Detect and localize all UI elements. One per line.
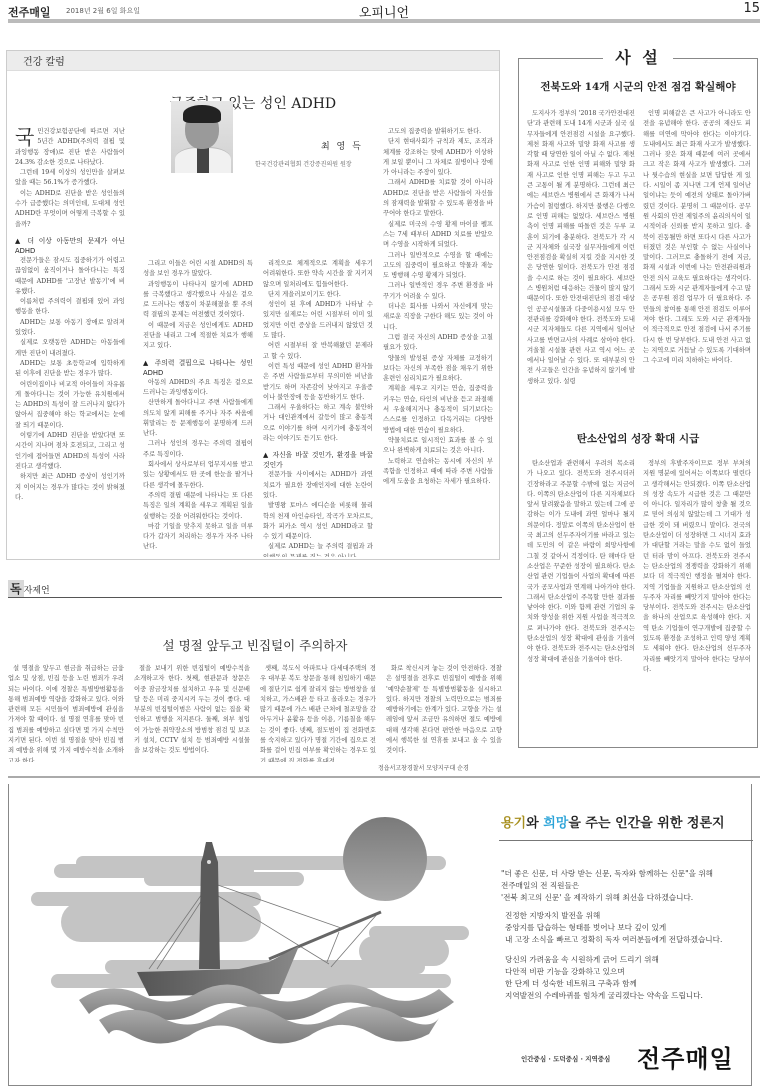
paragraph: 성인이 된 후에 ADHD가 나타날 수 있지만 실제로는 어린 시절부터 이미… (263, 300, 373, 341)
author-photo (171, 101, 233, 173)
lighthouse-ship-illustration (9, 784, 499, 1086)
paragraph: 리적으로 체계적으로 계획을 세우기 어려워한다. 또한 약속 시간을 잘 지키… (263, 259, 373, 290)
editorial-1-col-1: 도지사가 정부의 '2018 국가안전대진단'과 관련해 도내 14개 시군과 … (527, 109, 635, 403)
paragraph: 과잉행동이 나타나지 않기에 ADHD를 극복했다고 생각했으나 사실은 겉으로… (143, 280, 253, 321)
page-number: 15 (743, 1, 760, 16)
paragraph: 그리고 이들은 어린 시절 ADHD의 특성을 보인 경우가 많았다. (143, 259, 253, 280)
paragraph: ADHD는 보통 아동기 장애로 알려져 있었다. (15, 318, 125, 339)
health-column-title: 급증하고 있는 성인 ADHD (7, 93, 499, 113)
subheading: ▲ 자신을 바꿀 것인가, 환경을 바꿀 것인가 (263, 450, 373, 470)
paragraph: 그러나 일반적인 경우 주변 환경을 바꾸기가 어려울 수 있다. (383, 281, 493, 302)
paragraph: 하지만 최근 ADHD 증상이 성인기까지 이어지는 경우가 많다는 것이 밝혀… (15, 472, 125, 503)
paragraph: 이는 ADHD로 진단을 받은 성인들의 수가 급증했다는 의미인데, 도대체 … (15, 189, 125, 230)
paragraph: 단지 게을러보이기도 한다. (263, 290, 373, 300)
health-column-label: 건강 칼럼 (7, 51, 499, 71)
editorial-2-col-1: 탄소산업과 관련해서 우려의 목소리가 나오고 있다. 전북도와 전주시더러 긴… (527, 459, 635, 743)
section-divider (8, 776, 760, 778)
paragraph: 약물치료로 일시적인 효과를 볼 수 있으나 완벽하게 치료되는 것은 아니다. (383, 436, 493, 457)
health-col-3: 리적으로 체계적으로 계획을 세우기 어려워한다. 또한 약속 시간을 잘 지키… (263, 259, 373, 557)
ad-slogan: 용기와 희망을 주는 인간을 위한 정론지 (501, 812, 725, 831)
subheading: ▲ 더 이상 아동만의 문제가 아닌 ADHD (15, 236, 125, 256)
paragraph: 이 때문에 지금은 성인에게도 ADHD 진단을 내리고 그에 적절한 치료가 … (143, 321, 253, 352)
ad-text-group-3: 당신의 가려움을 속 시원하게 긁어 드리기 위해 다안적 비판 기능을 강화하… (505, 954, 703, 1002)
paragraph: 노력하고 연습하는 동시에 자신의 부족함을 인정하고 때에 따라 주변 사람들… (383, 457, 493, 488)
paragraph: 양물의 발성된 증상 자체를 교정하기보다는 자신의 부족한 점을 채우기 위한… (383, 354, 493, 385)
editorial-label: 사 설 (603, 48, 672, 67)
editorial-title-1: 전북도와 14개 시군의 안전 점검 확실해야 (519, 79, 757, 94)
ad-line: 전주매일의 전 직원들은 (501, 880, 713, 892)
slogan-hope: 희망 (543, 816, 568, 831)
health-col-2: 그리고 이들은 어린 시절 ADHD의 특성을 보인 경우가 많았다. 과잉행동… (143, 259, 253, 557)
ad-line: 중앙지를 답습하는 형태를 벗어나 보다 깊이 있게 (505, 922, 722, 934)
reader-column-header: 독자제언 (8, 578, 502, 598)
reader-column-title: 설 명절 앞두고 빈집털이 주의하자 (8, 636, 502, 654)
subheading: ▲ 주의력 결핍으로 나타나는 성인 ADHD (143, 358, 253, 378)
ad-line: '전북 최고의 신문' 을 제작하기 위해 최선을 다하겠습니다. (501, 892, 713, 904)
reader-col-3: 셋째, 복도식 아파트나 다세대주택의 경우 대부분 복도 창문을 통해 침입하… (260, 664, 376, 762)
paragraph: 실제로 오랫동안 ADHD는 아동들에게만 진단이 내려졌다. (15, 338, 125, 359)
paragraph: 발명왕 토마스 에디슨을 비롯해 물리학의 천재 아인슈타인, 작곡가 모차르트… (263, 501, 373, 542)
reader-column-byline: 정읍서고창경찰서 모양지구대 순경 (378, 763, 469, 772)
ad-line: 내 고장 소식을 빠르고 정확히 독자 여러분들에게 전달하겠습니다. (505, 934, 722, 946)
paragraph: 정부의 후발주자이므로 정부 부처의 지원 명분에 있어서는 이쪽보다 떨린다고… (643, 459, 751, 675)
paragraph: 화로 착신시켜 놓는 것이 안전하다. 경찰은 설명절을 전후로 빈집털이 예방… (386, 664, 502, 757)
reader-column-label-first: 독 (8, 580, 24, 597)
newspaper-ad: 용기와 희망을 주는 인간을 위한 정론지 "더 좋은 신문, 더 사랑 받는 … (8, 784, 752, 1086)
paragraph: 그래서 ADHD를 치료할 것이 아니라 ADHD로 진단을 받은 사람들이 자… (383, 178, 493, 219)
editorial-box: 사 설 전북도와 14개 시군의 안전 점검 확실해야 도지사가 정부의 '20… (518, 58, 758, 748)
ad-line: 한 단계 더 성숙한 네트워크 구축과 함께 (505, 978, 703, 990)
ad-text-group-2: 진정한 지방자치 발전을 위해 중앙지를 답습하는 형태를 벗어나 보다 깊이 … (505, 910, 722, 946)
paragraph: 그러나 일반적으로 수영을 할 때에는 고도의 집중력이 필요하고 약물과 재능… (383, 251, 493, 282)
paragraph: 아동의 ADHD의 주요 특징은 겉으로 드러나는 과잉행동이다. (143, 378, 253, 399)
paragraph: 절을 보내기 위한 빈집털이 예방수칙을 소개하고자 한다. 첫째, 현관문과 … (134, 664, 250, 757)
paragraph: 회사에서 상사로부터 업무지시를 받고 있는 상황에서도 딴 곳에 한눈을 팔거… (143, 460, 253, 491)
paragraph: 고도의 집중력을 발휘하기도 한다. (383, 127, 493, 137)
ad-text-group-1: "더 좋은 신문, 더 사랑 받는 신문, 독자와 함께하는 신문"을 위해 전… (501, 868, 713, 904)
editorial-2-col-2: 정부의 후발주자이므로 정부 부처의 지원 명분에 있어서는 이쪽보다 떨린다고… (643, 459, 751, 743)
slogan-text: 와 (526, 816, 543, 831)
paragraph: 전문가들은 잠시도 집중하기가 어렵고 끊임없이 움직이거나 돌아다니는 특징 … (15, 256, 125, 297)
paragraph: 탄소산업과 관련해서 우려의 목소리가 나오고 있다. 전북도와 전주시더러 긴… (527, 459, 635, 665)
paragraph: 셋째, 복도식 아파트나 다세대주택의 경우 대부분 복도 창문을 통해 침입하… (260, 664, 376, 762)
paragraph: 전문가들 사이에서는 ADHD가 과연 치료가 필요한 장애인지에 대한 논란이… (263, 470, 373, 501)
paragraph: ADHD는 보통 초등학교에 입학하게 된 이후에 진단을 받는 경우가 많다. (15, 359, 125, 380)
paragraph: 어린 시절부터 잘 반복해왔던 문제라고 할 수 있다. (263, 341, 373, 362)
paragraph: 설 명절을 앞두고 현금을 취급하는 금융업소 및 상점, 빈집 등을 노린 범… (8, 664, 124, 762)
paragraph: 그런데 19세 이상의 성인만을 살펴보았을 때는 56.1%가 증가했다. (15, 168, 125, 189)
author-affiliation: 한국건강관리협회 건강증진의원 원장 (255, 159, 352, 168)
paragraph: 마감 기일을 맞추지 못하고 일을 미루다가 갑자기 처리하는 경우가 자주 나… (143, 522, 253, 553)
paragraph: 더나은 회사를 나와서 자신에게 맞는 새로운 직장을 구한다 해도 있는 것이… (383, 302, 493, 333)
editorial-title-2: 탄소산업의 성장 확대 시급 (519, 431, 757, 446)
paragraph: 계획을 세우고 지키는 연습, 집중력을 키우는 연습, 타인의 비난을 듣고 … (383, 384, 493, 435)
author-name: 최 영 득 (321, 139, 363, 152)
reader-column-label-rest: 자제언 (24, 586, 50, 596)
paragraph: 이렇기에 ADHD 진단을 받았다면 또 시간이 지나며 점차 호전되고, 그리… (15, 431, 125, 472)
paragraph: 도지사가 정부의 '2018 국가안전대진단'과 관련해 도내 14개 시군과 … (527, 109, 635, 387)
ad-brand-logo: 전주매일 (637, 1039, 734, 1074)
paragraph: 그러나 성인의 경우는 주의력 결핍이 주로 특징이다. (143, 439, 253, 460)
editorial-label-wrap: 사 설 (519, 45, 757, 68)
reader-col-4: 화로 착신시켜 놓는 것이 안전하다. 경찰은 설명절을 전후로 빈집털이 예방… (386, 664, 502, 760)
paragraph: 주의력 결핍 때문에 나타나는 또 다른 특징은 일의 계획을 세우고 계획된 … (143, 491, 253, 522)
ad-divider (499, 840, 753, 841)
paragraph: 인명 피해같은 큰 사고가 아니라도 안전을 유념해야 한다. 공공의 재산도 … (643, 109, 751, 366)
slogan-courage: 용기 (501, 816, 526, 831)
health-col-1: 국민건강보험공단에 따르면 지난 5년간 ADHD(주의력 결핍 및 과잉행동 … (15, 127, 125, 557)
ad-line: 진정한 지방자치 발전을 위해 (505, 910, 722, 922)
paragraph: 이런 특성 때문에 성인 ADHD 환자들은 주변 사람들로부터 무의미한 비난… (263, 362, 373, 403)
ad-line: 지역발전의 수레바퀴를 힘차게 굴리겠다는 약속을 드립니다. (505, 990, 703, 1002)
paragraph: 단지 현대사회가 규칙과 제도, 조직과 체계를 강조하는 탓에 ADHD가 이… (383, 137, 493, 178)
ad-line: 당신의 가려움을 속 시원하게 긁어 드리기 위해 (505, 954, 703, 966)
ad-tagline: 인간중심 · 도덕중심 · 지역중심 (521, 1054, 610, 1063)
paragraph: 실제로 미국의 수영 황제 마이클 펠프스는 7세 때부터 ADHD 치료를 받… (383, 220, 493, 251)
ad-line: "더 좋은 신문, 더 사랑 받는 신문, 독자와 함께하는 신문"을 위해 (501, 868, 713, 880)
paragraph: 그래서 우울하다는 하고 계속 불안하거나 대인관계에서 갈등이 많고 충동적으… (263, 403, 373, 444)
masthead-rule (8, 19, 760, 23)
slogan-text: 을 주는 인간을 위한 정론지 (568, 816, 724, 831)
health-column: 건강 칼럼 급증하고 있는 성인 ADHD 국민건강보험공단에 따르면 지난 5… (6, 50, 500, 560)
dropcap: 국 (15, 127, 34, 147)
paragraph: 그럼 결국 자신의 ADHD 증상을 고칠 필요가 있다. (383, 333, 493, 354)
ad-line: 다안적 비판 기능을 강화하고 있으며 (505, 966, 703, 978)
paragraph: 어린이집이나 비교적 아이들이 자유롭게 돌아다니는 것이 가능한 유치원에서는… (15, 380, 125, 431)
paragraph: 실제로 ADHD는 늘 주의력 결핍과 과잉행동의 문제를 쥐는 것은 아니다. (263, 542, 373, 557)
editorial-1-col-2: 인명 피해같은 큰 사고가 아니라도 안전을 유념해야 한다. 공공의 재산도 … (643, 109, 751, 403)
reader-col-1: 설 명절을 앞두고 현금을 취급하는 금융업소 및 상점, 빈집 등을 노린 범… (8, 664, 124, 762)
reader-col-2: 절을 보내기 위한 빈집털이 예방수칙을 소개하고자 한다. 첫째, 현관문과 … (134, 664, 250, 762)
paragraph: 이름처럼 주의력이 결핍돼 있어 과잉행동을 한다. (15, 297, 125, 318)
paragraph: 산만하게 돌아다니고 주변 사람들에게 의도치 않게 피해를 주거나 자주 싸움… (143, 398, 253, 439)
health-col-4: 고도의 집중력을 발휘하기도 한다. 단지 현대사회가 규칙과 제도, 조직과 … (383, 127, 493, 557)
